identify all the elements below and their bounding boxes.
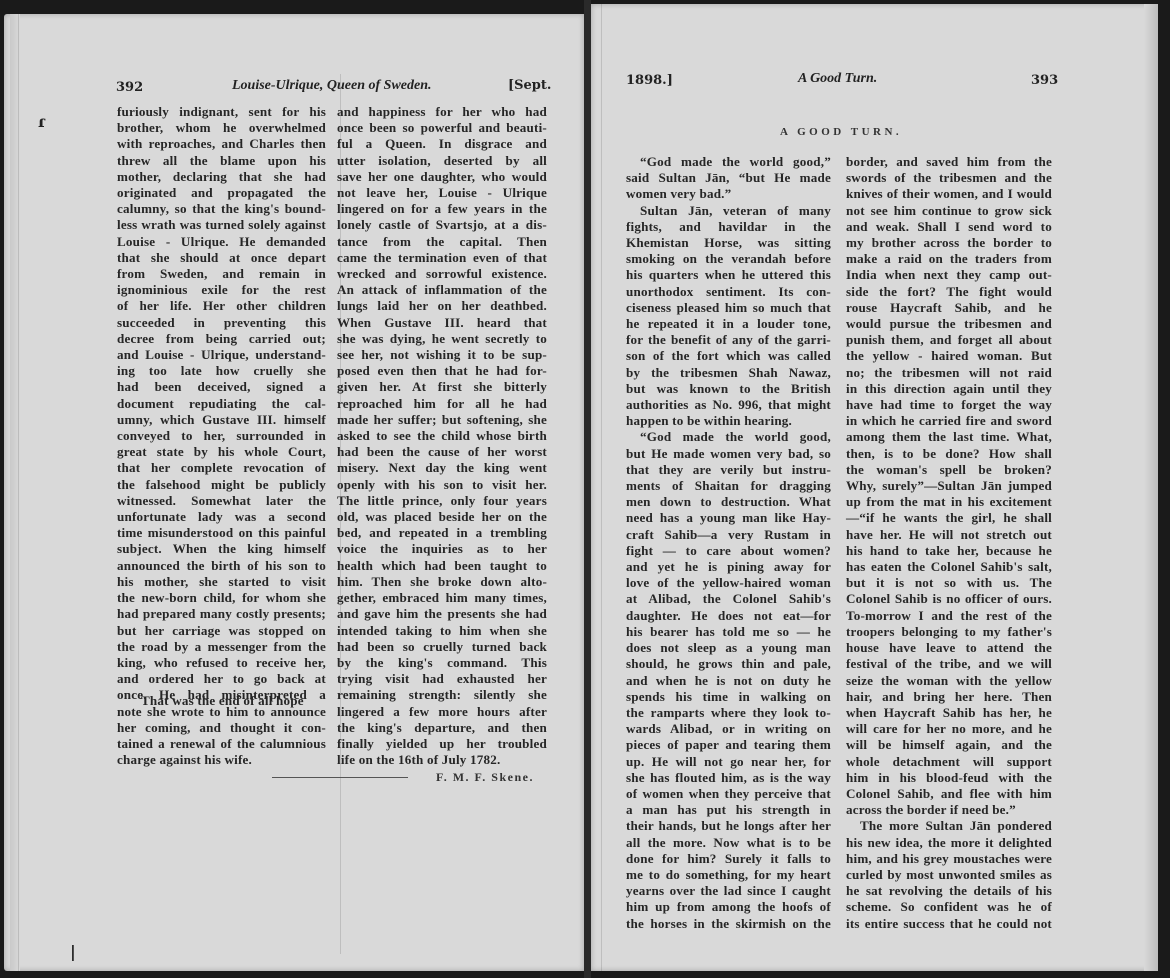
text-line: that her complete revocation of <box>117 460 326 476</box>
text-line: its entire success that he could not <box>846 916 1052 932</box>
text-line: lonely castle of Svartsjo, at a dis- <box>337 217 547 233</box>
text-line: not see him continue to grow sick <box>846 203 1052 219</box>
text-line: once been so powerful and beauti- <box>337 120 547 136</box>
text-line: furiously indignant, sent for his <box>117 104 326 120</box>
scan-mark: | <box>70 942 76 961</box>
text-line: wrecked and sorrowful existence. <box>337 266 547 282</box>
text-line: the woman's spell be broken? <box>846 462 1052 478</box>
text-line: brother, whom he overwhelmed <box>117 120 326 136</box>
text-line: openly with his son to visit her. <box>337 477 547 493</box>
text-line: wards Alibad, or in writing on <box>626 721 831 737</box>
text-line: save her one daughter, who would <box>337 169 547 185</box>
text-line: from Sweden, and remain in <box>117 266 326 282</box>
text-line: she has flouted him, as is the way <box>626 770 831 786</box>
text-line: posed even then that he had for- <box>337 363 547 379</box>
text-line: fights, and havildar in the <box>626 219 831 235</box>
page-edge-line <box>601 4 602 971</box>
text-line: succeeded in preventing this <box>117 315 326 331</box>
text-line: has eaten the Colonel Sahib's salt, <box>846 559 1052 575</box>
text-line: that she should at once depart <box>117 250 326 266</box>
text-line: An attack of inflammation of the <box>337 282 547 298</box>
text-line: their hands, but he longs after her <box>626 818 831 834</box>
text-line: daughter. He does not eat—for <box>626 608 831 624</box>
text-line: son of the fort which was called <box>626 348 831 364</box>
text-line: does not sleep as a young man <box>626 640 831 656</box>
text-line: came the termination even of that <box>337 250 547 266</box>
left-column-1: furiously indignant, sent for hisbrother… <box>117 104 326 768</box>
text-line: his quarters when he uttered this <box>626 267 831 283</box>
text-line: ful a Queen. In disgrace and <box>337 136 547 152</box>
text-line: with reproaches, and Charles then <box>117 136 326 152</box>
text-line: unfortunate lady was a second <box>117 509 326 525</box>
text-line: fight — to care about women? <box>626 543 831 559</box>
text-line: ments of Shaitan for dragging <box>626 478 831 494</box>
text-line: the falsehood might be publicly <box>117 477 326 493</box>
text-line: curled by most unwonted smiles as <box>846 867 1052 883</box>
text-line: had been the cause of her worst <box>337 444 547 460</box>
left-page-number: 392 <box>116 80 143 95</box>
text-line: me to do something, for my heart <box>626 867 831 883</box>
text-line: festival of the tribe, and we will <box>846 656 1052 672</box>
text-line: make a raid on the traders from <box>846 251 1052 267</box>
text-line: and when he is not on duty he <box>626 673 831 689</box>
text-line: charge against his wife. <box>117 752 326 768</box>
text-line: The little prince, only four years <box>337 493 547 509</box>
text-line: a man has put his strength in <box>626 802 831 818</box>
text-line: and weak. Shall I send word to <box>846 219 1052 235</box>
text-line: for the benefit of any of the garri- <box>626 332 831 348</box>
text-line: by the tribesmen Shah Nawaz, <box>626 365 831 381</box>
text-line: in which he carried fire and sword <box>846 413 1052 429</box>
text-line: had been deceived, signed a <box>117 379 326 395</box>
text-line: pieces of paper and tearing them <box>626 737 831 753</box>
text-line: need has a young man like Hay- <box>626 510 831 526</box>
text-line: “God made the world good,” <box>626 154 831 170</box>
text-line: of her life. Her other children <box>117 298 326 314</box>
text-line: the road by a messenger from the <box>117 639 326 655</box>
text-line: by the king's command. This <box>337 655 547 671</box>
text-line: knives of their women, and I would <box>846 186 1052 202</box>
text-line: voice the inquiries as to her <box>337 541 547 557</box>
page-edge-line <box>18 14 19 971</box>
text-line: yearns over the lad since I caught <box>626 883 831 899</box>
text-line: whole detachment will support <box>846 754 1052 770</box>
text-line: scheme. So confident was he of <box>846 899 1052 915</box>
text-line: India when next they camp out- <box>846 267 1052 283</box>
right-page-number: 393 <box>1031 73 1058 88</box>
text-line: will be himself again, and the <box>846 737 1052 753</box>
text-line: the new-born child, for whom she <box>117 590 326 606</box>
text-line: the king's departure, and then <box>337 720 547 736</box>
text-line: house have leave to attend the <box>846 640 1052 656</box>
text-line: that they are verily but instru- <box>626 462 831 478</box>
text-line: would pursue the tribesmen and <box>846 316 1052 332</box>
text-line: men down to destruction. What <box>626 494 831 510</box>
text-line: king, who refused to receive her, <box>117 655 326 671</box>
text-line: troopers belonging to my father's <box>846 624 1052 640</box>
text-line: asked to see the child whose birth <box>337 428 547 444</box>
left-running-title: Louise-Ulrique, Queen of Sweden. <box>232 78 432 94</box>
text-line: Louise - Ulrique. He demanded <box>117 234 326 250</box>
text-line: bed, and repeated in a trembling <box>337 525 547 541</box>
text-line: but was known to the British <box>626 381 831 397</box>
text-line: done for him? Surely it falls to <box>626 851 831 867</box>
text-line: authorities as No. 996, that might <box>626 397 831 413</box>
right-running-title: A Good Turn. <box>798 71 877 87</box>
text-line: announced the birth of his son to <box>117 558 326 574</box>
text-line: him up from among the hoofs of <box>626 899 831 915</box>
text-line: ing too late how cruelly she <box>117 363 326 379</box>
text-line: intended taking to him when she <box>337 623 547 639</box>
text-line: no; the tribesmen will not raid <box>846 365 1052 381</box>
text-line: threw all the blame upon his <box>117 153 326 169</box>
text-line: at Alibad, the Colonel Sahib's <box>626 591 831 607</box>
text-line: have had time to forget the way <box>846 397 1052 413</box>
text-line: Colonel Sahib, and flee with him <box>846 786 1052 802</box>
text-line: and Louise - Ulrique, understand- <box>117 347 326 363</box>
text-line: had prepared many costly presents; <box>117 606 326 622</box>
text-line: decree from being carried out; <box>117 331 326 347</box>
text-line: see her, not wishing it to be sup- <box>337 347 547 363</box>
author-signature: F. M. F. Skene. <box>436 770 534 785</box>
text-line: the horses in the skirmish on the <box>626 916 831 932</box>
text-line: and ordered her to go back at <box>117 671 326 687</box>
text-line: him, and his grey moustaches were <box>846 851 1052 867</box>
article-title: A GOOD TURN. <box>780 126 902 138</box>
text-line: “God made the world good, <box>626 429 831 445</box>
text-line: gether, embraced him many times, <box>337 590 547 606</box>
text-line: should, he grows thin and pale, <box>626 656 831 672</box>
text-line: —“if he wants the girl, he shall <box>846 510 1052 526</box>
text-line: remaining strength: silently she <box>337 687 547 703</box>
text-line: misery. Next day the king went <box>337 460 547 476</box>
text-line: and yet he is pining away for <box>626 559 831 575</box>
text-line: utter isolation, deserted by all <box>337 153 547 169</box>
right-column-1: “God made the world good,”said Sultan Jā… <box>626 154 831 932</box>
text-line: witnessed. Somewhat later the <box>117 493 326 509</box>
text-line: less wrath was turned solely against <box>117 217 326 233</box>
text-line: originated and propagated the <box>117 185 326 201</box>
text-line: said Sultan Jān, “but He made <box>626 170 831 186</box>
text-line: unorthodox sentiment. Its con- <box>626 284 831 300</box>
text-line: To-morrow I and the rest of the <box>846 608 1052 624</box>
text-line: Khemistan Horse, was sitting <box>626 235 831 251</box>
paragraph-line: That was the end of all hope <box>117 693 326 709</box>
text-line: he sat revolving the details of his <box>846 883 1052 899</box>
left-column-1-closing-paragraph: That was the end of all hope <box>117 693 326 709</box>
text-line: side the fort? The fight would <box>846 284 1052 300</box>
text-line: health which had been taught to <box>337 558 547 574</box>
text-line: have her. He will not stretch out <box>846 527 1052 543</box>
text-line: punish them, and forget all about <box>846 332 1052 348</box>
left-running-date: [Sept. <box>508 78 551 93</box>
text-line: reproached him for all he had <box>337 396 547 412</box>
text-line: had been so cruelly turned back <box>337 639 547 655</box>
text-line: lingered a few more hours after <box>337 704 547 720</box>
text-line: Sultan Jān, veteran of many <box>626 203 831 219</box>
text-line: document repudiating the cal- <box>117 396 326 412</box>
text-line: but her carriage was stopped on <box>117 623 326 639</box>
text-line: lungs laid her on her deathbed. <box>337 298 547 314</box>
text-line: his hand to take her, because he <box>846 543 1052 559</box>
text-line: his new idea, the more it delighted <box>846 835 1052 851</box>
scan-mark: ɾ <box>38 112 45 131</box>
book-gutter <box>584 0 591 978</box>
text-line: tance from the capital. Then <box>337 234 547 250</box>
text-line: when Haycraft Sahib has her, he <box>846 705 1052 721</box>
text-line: Colonel Sahib is no officer of ours. <box>846 591 1052 607</box>
right-column-2: border, and saved him from theswords of … <box>846 154 1052 932</box>
text-line: and happiness for her who had <box>337 104 547 120</box>
text-line: his mother, she started to visit <box>117 574 326 590</box>
text-line: Why, surely”—Sultan Jān jumped <box>846 478 1052 494</box>
text-line: given her. At first she bitterly <box>337 379 547 395</box>
text-line: mother, declaring that she had <box>117 169 326 185</box>
text-line: trying visit had exhausted her <box>337 671 547 687</box>
text-line: not leave her, Louise - Ulrique <box>337 185 547 201</box>
text-line: the ramparts where they look to- <box>626 705 831 721</box>
text-line: umny, which Gustave III. himself <box>117 412 326 428</box>
text-line: him in his blood-feud with the <box>846 770 1052 786</box>
end-rule <box>272 777 408 778</box>
text-line: The more Sultan Jān pondered <box>846 818 1052 834</box>
text-line: hair, and bring her here. Then <box>846 689 1052 705</box>
text-line: conveyed to her, surrounded in <box>117 428 326 444</box>
text-line: spends his time in walking on <box>626 689 831 705</box>
text-line: then, is to be done? How shall <box>846 446 1052 462</box>
text-line: rouse Haycraft Sahib, and he <box>846 300 1052 316</box>
text-line: ciseness pleased him so much that <box>626 300 831 316</box>
text-line: but it is not so with us. The <box>846 575 1052 591</box>
text-line: craft Sahib—a very Rustam in <box>626 527 831 543</box>
text-line: seize the woman with the yellow <box>846 673 1052 689</box>
text-line: happen to be within hearing. <box>626 413 831 429</box>
text-line: will care for her no more, and he <box>846 721 1052 737</box>
text-line: up from the mat in his excitement <box>846 494 1052 510</box>
text-line: time misunderstood on this painful <box>117 525 326 541</box>
text-line: him. Then she broke down alto- <box>337 574 547 590</box>
text-line: love of the yellow-haired woman <box>626 575 831 591</box>
text-line: of women when they perceive that <box>626 786 831 802</box>
text-line: calumny, so that the king's bound- <box>117 201 326 217</box>
text-line: When Gustave III. heard that <box>337 315 547 331</box>
text-line: but He made women very bad, so <box>626 446 831 462</box>
text-line: the yellow - haired woman. But <box>846 348 1052 364</box>
text-line: my brother across the border to <box>846 235 1052 251</box>
text-line: all the more. Now what is to be <box>626 835 831 851</box>
text-line: up. He will not go near her, for <box>626 754 831 770</box>
text-line: subject. When the king himself <box>117 541 326 557</box>
left-column-2: and happiness for her who hadonce been s… <box>337 104 547 768</box>
text-line: finally yielded up her troubled <box>337 736 547 752</box>
right-running-date: 1898.] <box>626 73 673 88</box>
text-line: smoking on the verandah before <box>626 251 831 267</box>
text-line: tained a renewal of the calumnious <box>117 736 326 752</box>
text-line: he repeated it in a louder tone, <box>626 316 831 332</box>
text-line: life on the 16th of July 1782. <box>337 752 547 768</box>
text-line: made her suffer; but softening, she <box>337 412 547 428</box>
text-line: great state by his whole Court, <box>117 444 326 460</box>
text-line: and gave him the presents she had <box>337 606 547 622</box>
text-line: his bearer has told me so — he <box>626 624 831 640</box>
text-line: across the border if need be.” <box>846 802 1052 818</box>
text-line: ignominious exile for the rest <box>117 282 326 298</box>
text-line: she was dying, he went secretly to <box>337 331 547 347</box>
text-line: lingered on for a few years in the <box>337 201 547 217</box>
text-line: border, and saved him from the <box>846 154 1052 170</box>
text-line: among them the last time. What, <box>846 429 1052 445</box>
text-line: swords of the tribesmen and the <box>846 170 1052 186</box>
text-line: her coming, and thought it con- <box>117 720 326 736</box>
text-line: women very bad.” <box>626 186 831 202</box>
text-line: old, was placed beside her on the <box>337 509 547 525</box>
text-line: in this direction again until they <box>846 381 1052 397</box>
